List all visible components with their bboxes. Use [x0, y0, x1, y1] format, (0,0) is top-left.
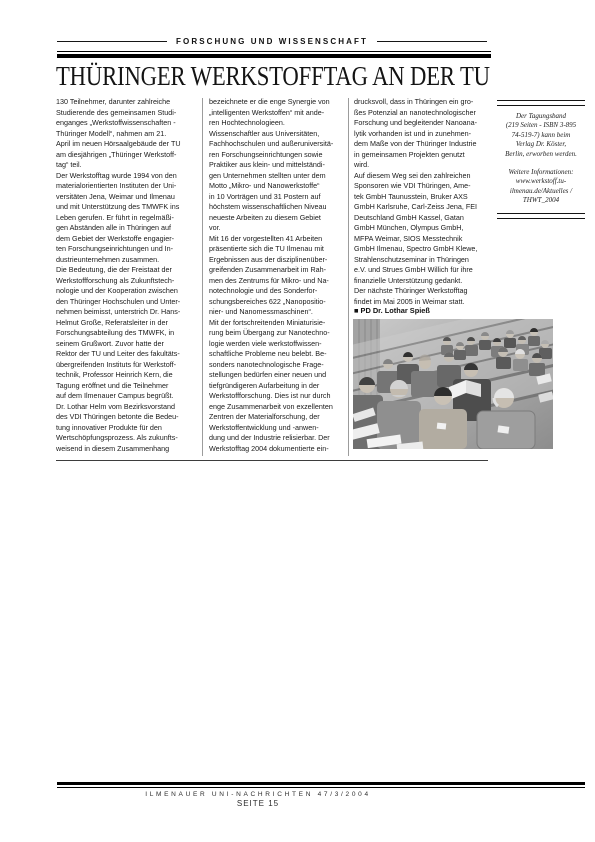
article-column-2: bezeichnete er die enge Synergie von „in…: [209, 97, 355, 454]
header-double-rule: [57, 51, 491, 58]
kicker-rule-right: [377, 41, 487, 42]
margin-note: Der Tagungsband (219 Seiten - ISBN 3-895…: [497, 100, 585, 219]
tagungsband-note: Der Tagungsband (219 Seiten - ISBN 3-895…: [498, 112, 584, 159]
article-title: THÜRINGER WERKSTOFFTAG AN DER TU: [56, 61, 490, 92]
footer-page-number: SEITE 15: [57, 799, 459, 808]
lecture-hall-audience-photo: [353, 319, 553, 449]
article-end-rule: [56, 460, 488, 461]
footer-rule-thin: [57, 787, 585, 788]
footer-rule-thick: [57, 782, 585, 785]
author-byline: ■ PD Dr. Lothar Spieß: [354, 306, 430, 315]
section-header: FORSCHUNG UND WISSENSCHAFT: [57, 37, 487, 46]
kicker-rule-left: [57, 41, 167, 42]
margin-note-rule-bottom: [497, 213, 585, 219]
weitere-informationen-note: Weitere Informationen: www.werkstoff.tu-…: [498, 168, 584, 206]
section-title: FORSCHUNG UND WISSENSCHAFT: [176, 37, 368, 46]
article-column-1: 130 Teilnehmer, darunter zahlreiche Stud…: [56, 97, 202, 454]
newsletter-page: FORSCHUNG UND WISSENSCHAFT THÜRINGER WER…: [0, 0, 595, 842]
column-separator-1: [202, 98, 203, 456]
column-separator-2: [348, 98, 349, 456]
article-column-3: drucksvoll, dass in Thüringen ein gro- ß…: [354, 97, 500, 307]
footer-journal-line: ILMENAUER UNI-NACHRICHTEN 47/3/2004: [57, 791, 459, 798]
